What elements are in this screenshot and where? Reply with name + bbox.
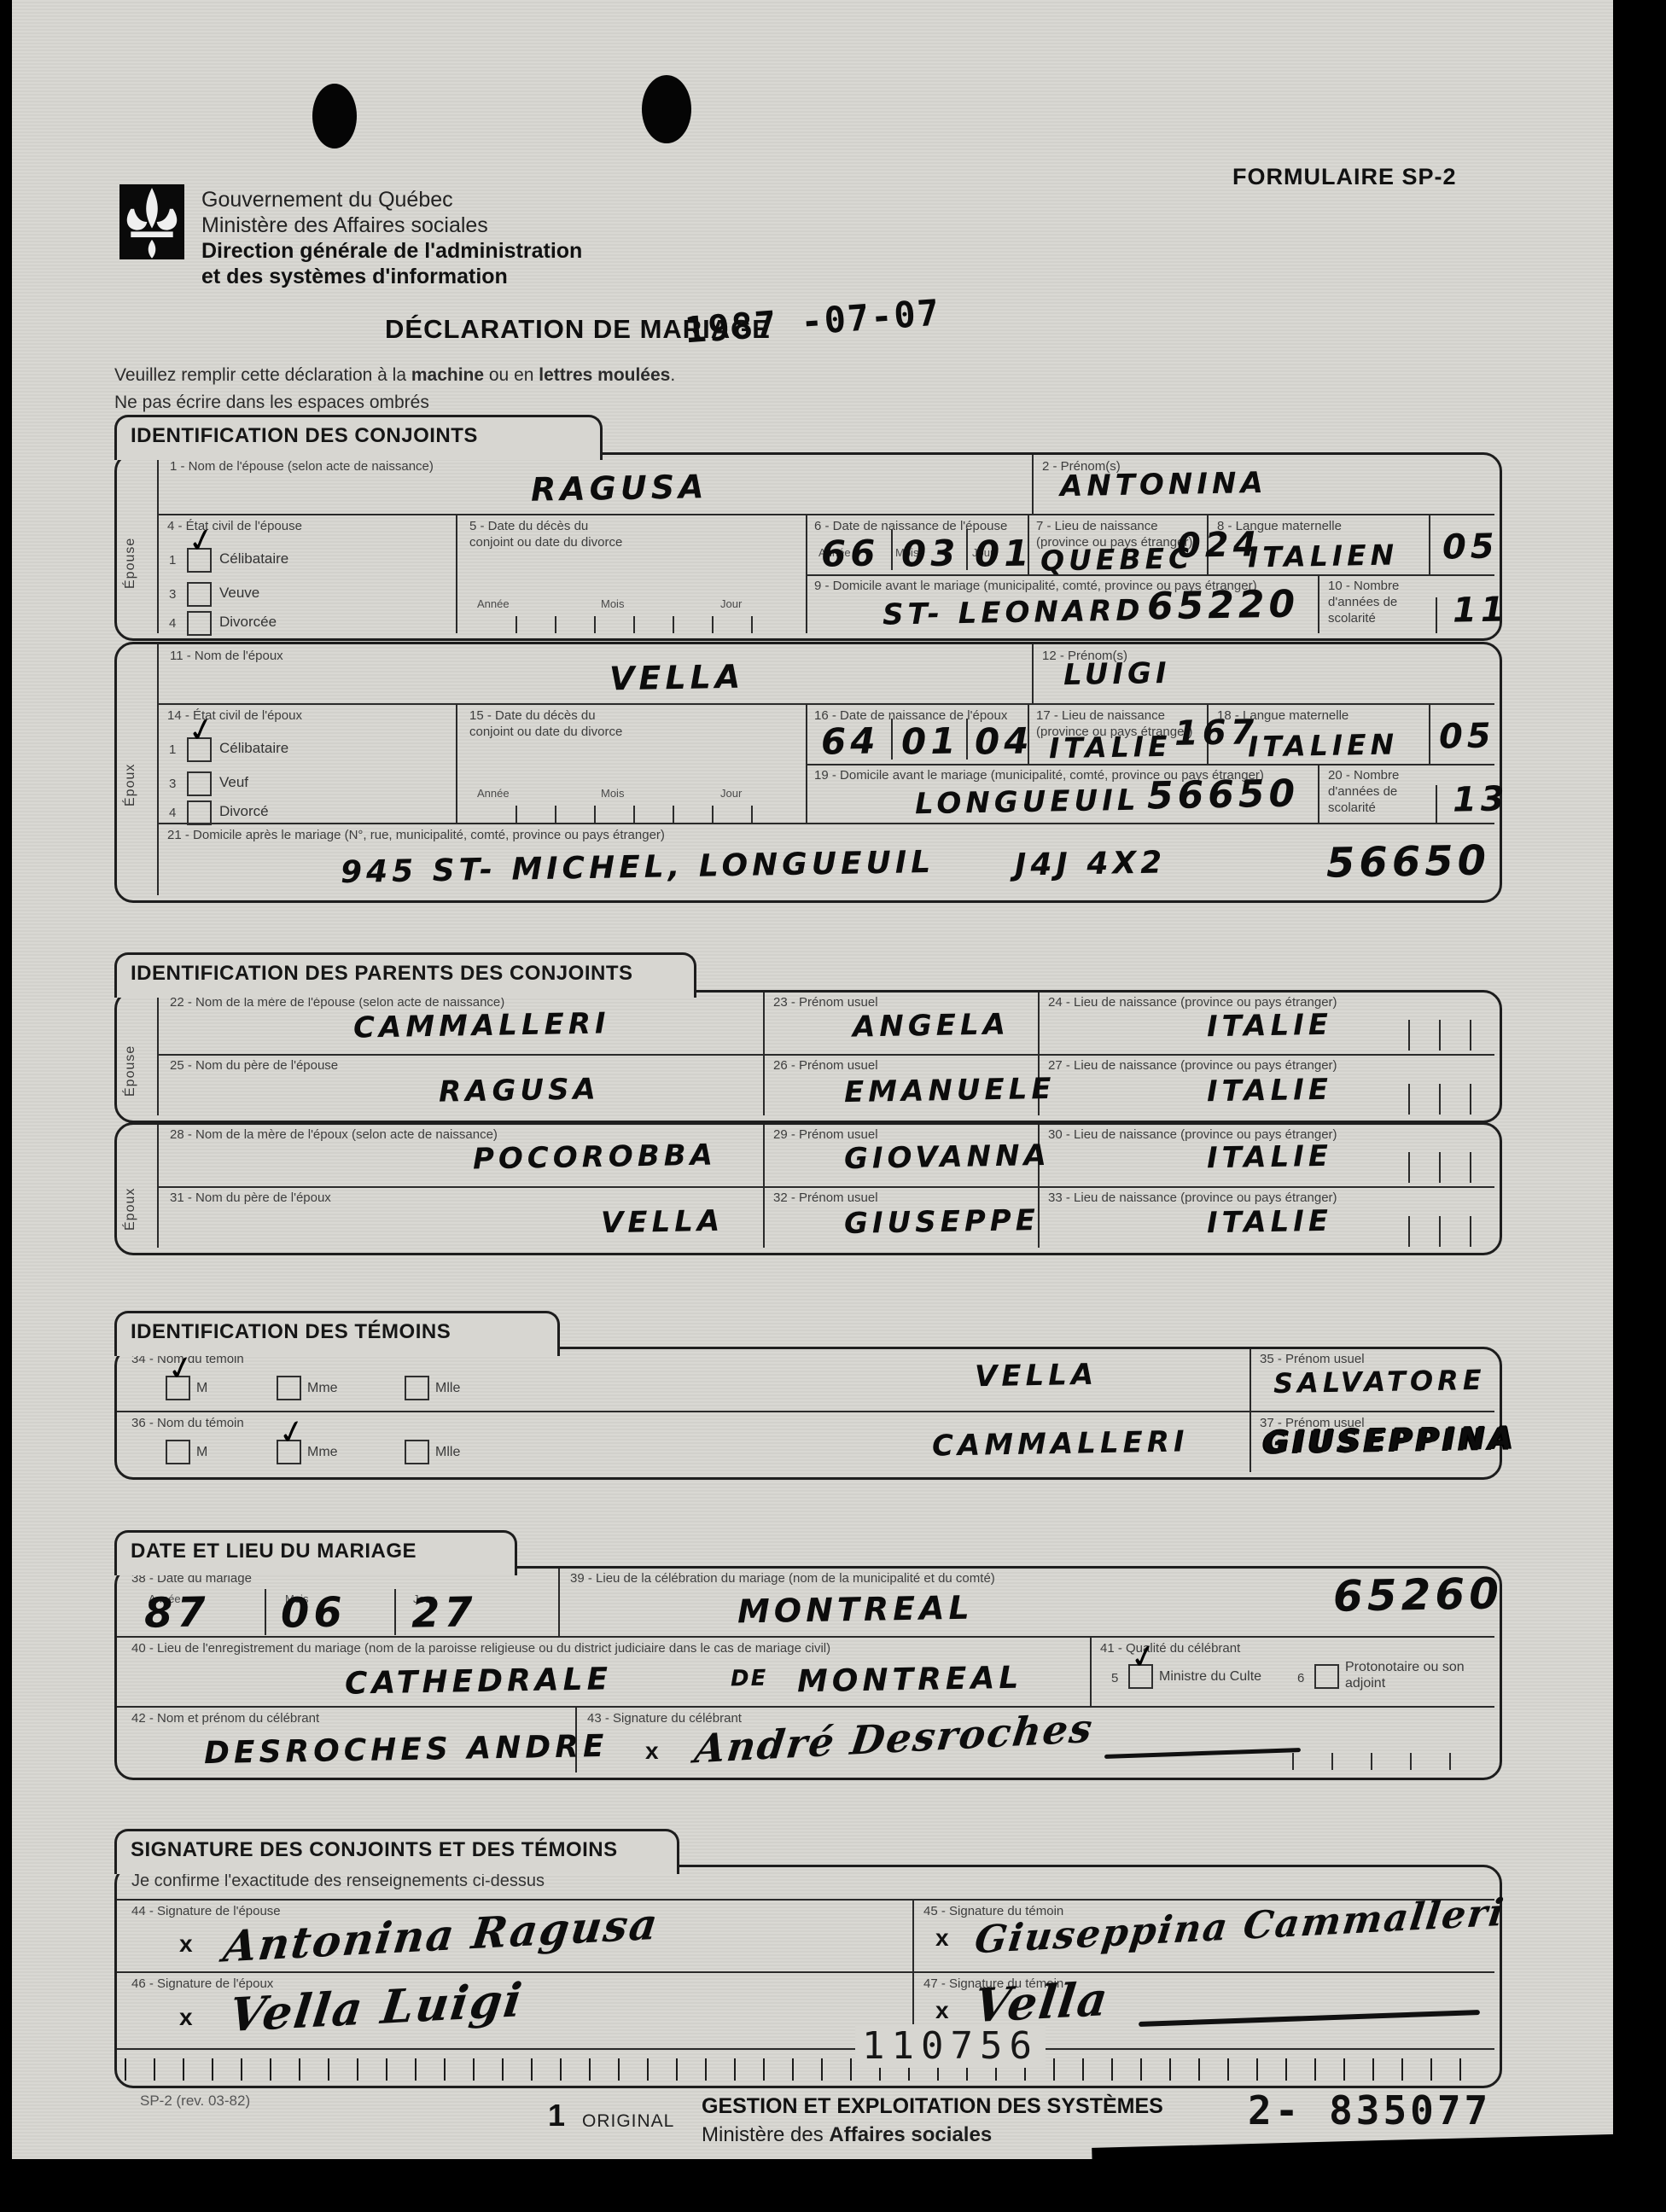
field-28-label: 28 - Nom de la mère de l'époux (selon ac… xyxy=(170,1127,498,1144)
field-20-label: 20 - Nombre d'années de scolarité xyxy=(1328,768,1429,816)
divider xyxy=(763,1125,765,1248)
cb-num: 4 xyxy=(169,806,176,822)
field-9-value: ST- LEONARD xyxy=(883,593,1145,632)
cb-label: Veuf xyxy=(219,774,248,791)
field-23-value: ANGELA xyxy=(853,1007,1011,1044)
cb-label: Protonotaire ou son adjoint xyxy=(1345,1659,1473,1691)
field-2-value: ANTONINA xyxy=(1060,466,1267,504)
divider xyxy=(1439,1084,1441,1115)
signature-x-marker: x xyxy=(179,2004,193,2031)
divider xyxy=(891,529,893,570)
divider xyxy=(157,703,1494,705)
divider xyxy=(1408,1216,1410,1247)
field-26-value: EMANUELE xyxy=(844,1072,1056,1109)
field-17-value: ITALIE xyxy=(1049,730,1172,765)
punch-hole xyxy=(312,84,357,148)
field-26-label: 26 - Prénom usuel xyxy=(773,1058,878,1074)
field-16-month: 01 xyxy=(901,719,960,762)
instr-bold-machine: machine xyxy=(411,365,484,385)
divider xyxy=(1429,703,1430,764)
field-40-value-3: MONTREAL xyxy=(797,1661,1023,1700)
field-21-label: 21 - Domicile après le mariage (N°, rue,… xyxy=(167,828,665,844)
fleur-de-lis-icon xyxy=(119,184,184,259)
divider xyxy=(806,514,807,633)
divider xyxy=(1439,1020,1441,1051)
checkbox-divorce xyxy=(187,800,212,825)
field-40-value-2: DE xyxy=(731,1666,768,1692)
field-35-value: SALVATORE xyxy=(1273,1364,1486,1400)
field-25-value: RAGUSA xyxy=(439,1072,600,1109)
org-line-3: Direction générale de l'administration xyxy=(201,239,582,264)
divider xyxy=(1318,574,1319,633)
field-34-value: VELLA xyxy=(975,1358,1098,1394)
cb-num: 5 xyxy=(1111,1671,1118,1687)
field-20-value: 13 xyxy=(1453,779,1509,819)
cb-label: Ministre du Culte xyxy=(1159,1669,1261,1685)
field-31-value: VELLA xyxy=(601,1204,725,1241)
signature-x-marker: x xyxy=(179,1930,193,1958)
field-30-value: ITALIE xyxy=(1207,1139,1333,1176)
field-18-value: ITALIEN xyxy=(1248,727,1399,763)
field-38-month: 06 xyxy=(281,1588,347,1637)
field-12-value: LUIGI xyxy=(1063,656,1171,692)
checkbox-veuf xyxy=(187,771,212,796)
serial-number: 110756 xyxy=(855,2024,1046,2068)
divider xyxy=(1470,1084,1471,1115)
field-6-year: 66 xyxy=(821,532,880,574)
divider xyxy=(117,1706,1494,1708)
section-title: IDENTIFICATION DES CONJOINTS xyxy=(131,424,478,447)
field-44-label: 44 - Signature de l'épouse xyxy=(131,1904,281,1920)
divider xyxy=(265,1589,266,1635)
divider xyxy=(806,703,807,823)
field-39-value: MONTREAL xyxy=(737,1589,974,1631)
side-label-epouse: Épouse xyxy=(123,1011,138,1097)
field-7-value: QUEBEC xyxy=(1040,541,1194,577)
field-25-label: 25 - Nom du père de l'épouse xyxy=(170,1058,338,1074)
checkbox-mlle-temoin2 xyxy=(405,1440,429,1464)
dept-bold: Affaires sociales xyxy=(829,2123,992,2146)
cb-num: 3 xyxy=(169,777,176,793)
checkbox-divorcee xyxy=(187,611,212,636)
section-title: IDENTIFICATION DES PARENTS DES CONJOINTS xyxy=(131,962,633,985)
form-reference: FORMULAIRE SP-2 xyxy=(1232,164,1457,190)
divider xyxy=(157,1054,1494,1056)
field-40-label: 40 - Lieu de l'enregistrement du mariage… xyxy=(131,1641,1070,1657)
signature-x-marker: x xyxy=(935,1997,949,2024)
checkbox-m-temoin2 xyxy=(166,1440,190,1464)
divider xyxy=(1032,455,1034,514)
cb-label: Divorcé xyxy=(219,803,269,820)
checkbox-protonotaire xyxy=(1314,1664,1339,1689)
cb-label: Célibataire xyxy=(219,550,288,568)
divider xyxy=(456,514,457,633)
divider xyxy=(1470,1216,1471,1247)
divider xyxy=(966,529,968,570)
cb-label: Mme xyxy=(307,1445,338,1460)
divider xyxy=(117,1899,1494,1901)
field-10-label: 10 - Nombre d'années de scolarité xyxy=(1328,579,1429,626)
confirmation-statement: Je confirme l'exactitude des renseigneme… xyxy=(131,1871,545,1891)
copy-label: ORIGINAL xyxy=(582,2111,674,2132)
field-28-value: POCOROBBA xyxy=(473,1138,718,1177)
cb-num: 1 xyxy=(169,742,176,759)
divider xyxy=(157,455,159,633)
section-title: DATE ET LIEU DU MARIAGE xyxy=(131,1540,416,1563)
col-jour: Jour xyxy=(720,597,742,610)
side-label-epouse: Épouse xyxy=(123,504,138,589)
field-9-code: 65220 xyxy=(1147,582,1300,628)
cb-num: 4 xyxy=(169,616,176,632)
dept-text: Ministère des xyxy=(702,2123,829,2146)
divider xyxy=(1032,644,1034,703)
instruction-line-1: Veuillez remplir cette déclaration à la … xyxy=(114,365,675,386)
col-mois: Mois xyxy=(601,787,624,800)
divider xyxy=(1249,1349,1251,1472)
divider xyxy=(117,1971,1494,1973)
field-31-label: 31 - Nom du père de l'époux xyxy=(170,1190,331,1207)
signature-x-marker: x xyxy=(935,1924,949,1952)
field-37-value: GIUSEPPINA xyxy=(1263,1421,1517,1460)
checkbox-mme-temoin1 xyxy=(277,1376,301,1400)
instruction-line-2: Ne pas écrire dans les espaces ombrés xyxy=(114,393,429,413)
divider xyxy=(1408,1084,1410,1115)
col-mois: Mois xyxy=(601,597,624,610)
divider xyxy=(891,719,893,760)
divider xyxy=(1439,1216,1441,1247)
field-39-code: 65260 xyxy=(1333,1569,1504,1621)
punch-hole xyxy=(642,75,691,143)
side-label-epoux: Époux xyxy=(123,1145,138,1231)
field-19-value: LONGUEUIL xyxy=(915,783,1140,822)
scanned-marriage-declaration: FORMULAIRE SP-2 Gouvernement du Québec M… xyxy=(0,0,1666,2212)
field-15-label: 15 - Date du décès du conjoint ou date d… xyxy=(469,708,632,741)
field-36-value: CAMMALLERI xyxy=(932,1424,1189,1463)
field-27-value: ITALIE xyxy=(1207,1073,1333,1109)
cb-label: Mme xyxy=(307,1381,338,1396)
cb-num: 1 xyxy=(169,553,176,569)
divider xyxy=(1470,1020,1471,1051)
field-21-postal: J4J 4X2 xyxy=(1015,845,1167,882)
cb-label: Mlle xyxy=(435,1445,460,1460)
field-6-month: 03 xyxy=(901,532,960,574)
side-label-epoux: Époux xyxy=(123,721,138,806)
section-tab-mariage: DATE ET LIEU DU MARIAGE xyxy=(114,1530,517,1575)
divider xyxy=(966,719,968,760)
field-6-day: 01 xyxy=(975,532,1034,574)
field-39-label: 39 - Lieu de la célébration du mariage (… xyxy=(570,1571,995,1587)
instr-text: ou en xyxy=(484,365,539,385)
divider xyxy=(1436,597,1437,633)
divider xyxy=(117,1411,1494,1412)
divider xyxy=(1436,785,1437,823)
divider xyxy=(1470,1152,1471,1183)
field-8-label: 8 - Langue maternelle xyxy=(1217,519,1342,535)
field-16-year: 64 xyxy=(821,719,880,762)
field-27-label: 27 - Lieu de naissance (province ou pays… xyxy=(1048,1058,1337,1074)
field-1-label: 1 - Nom de l'épouse (selon acte de naiss… xyxy=(170,459,434,475)
section-tab-conjoints: IDENTIFICATION DES CONJOINTS xyxy=(114,415,603,460)
checkbox-veuve xyxy=(187,582,212,607)
instr-text: Veuillez remplir cette déclaration à la xyxy=(114,365,411,385)
field-16-day: 04 xyxy=(975,719,1034,762)
cb-label: Divorcée xyxy=(219,614,277,631)
field-19-code: 56650 xyxy=(1147,771,1300,818)
field-11-value: VELLA xyxy=(609,658,745,698)
form-revision: SP-2 (rev. 03-82) xyxy=(140,2093,250,2110)
divider xyxy=(1090,1636,1092,1706)
field-38-year: 87 xyxy=(144,1588,211,1637)
department-line-1: GESTION ET EXPLOITATION DES SYSTÈMES xyxy=(702,2094,1163,2119)
field-21-code: 56650 xyxy=(1326,836,1491,887)
field-11-label: 11 - Nom de l'époux xyxy=(170,649,283,665)
divider xyxy=(1408,1020,1410,1051)
divider xyxy=(1429,514,1430,574)
field-40-value-1: CATHEDRALE xyxy=(345,1662,613,1701)
col-annee: Année xyxy=(477,597,510,610)
section-tab-parents: IDENTIFICATION DES PARENTS DES CONJOINTS xyxy=(114,952,696,998)
field-36-label: 36 - Nom du témoin xyxy=(131,1416,244,1432)
divider xyxy=(763,992,765,1115)
stamp-date: 1987 -07-07 xyxy=(684,292,942,352)
cb-label: Célibataire xyxy=(219,740,288,757)
field-41-label: 41 - Qualité du célébrant xyxy=(1100,1641,1240,1657)
section-title: IDENTIFICATION DES TÉMOINS xyxy=(131,1320,451,1343)
section-title: SIGNATURE DES CONJOINTS ET DES TÉMOINS xyxy=(131,1838,618,1861)
org-line-2: Ministère des Affaires sociales xyxy=(201,213,488,238)
field-32-label: 32 - Prénom usuel xyxy=(773,1190,878,1207)
section-tab-temoins: IDENTIFICATION DES TÉMOINS xyxy=(114,1311,560,1356)
divider xyxy=(394,1589,396,1635)
cb-num: 6 xyxy=(1297,1671,1304,1687)
org-line-4: et des systèmes d'information xyxy=(201,265,508,289)
field-38-day: 27 xyxy=(411,1588,478,1637)
divider xyxy=(558,1569,560,1636)
field-5-label: 5 - Date du décès du conjoint ou date du… xyxy=(469,519,632,551)
org-line-1: Gouvernement du Québec xyxy=(201,188,453,212)
quebec-logo xyxy=(119,184,184,259)
divider xyxy=(1408,1152,1410,1183)
copy-number: 1 xyxy=(548,2098,565,2133)
field-24-value: ITALIE xyxy=(1207,1008,1333,1045)
cb-label: Mlle xyxy=(435,1381,460,1396)
divider xyxy=(157,823,1494,824)
field-10-value: 11 xyxy=(1453,590,1509,630)
date-ticks xyxy=(516,806,763,823)
col-annee: Année xyxy=(477,787,510,800)
divider xyxy=(157,644,159,895)
checkbox-mlle-temoin1 xyxy=(405,1376,429,1400)
scan-edge xyxy=(0,2161,1666,2212)
field-29-value: GIOVANNA xyxy=(844,1138,1051,1176)
paper-sheet: FORMULAIRE SP-2 Gouvernement du Québec M… xyxy=(12,0,1613,2159)
cb-label: M xyxy=(196,1445,207,1460)
divider xyxy=(157,514,1494,515)
field-1-value: RAGUSA xyxy=(531,468,708,509)
field-23-label: 23 - Prénom usuel xyxy=(773,995,878,1011)
divider xyxy=(157,1186,1494,1188)
divider xyxy=(456,703,457,823)
field-32-value: GIUSEPPE xyxy=(844,1203,1040,1241)
cb-label: Veuve xyxy=(219,585,259,602)
department-line-2: Ministère des Affaires sociales xyxy=(702,2123,992,2147)
field-18-label: 18 - Langue maternelle xyxy=(1217,708,1349,725)
field-8-code: 05 xyxy=(1442,527,1499,567)
divider xyxy=(1318,764,1319,823)
field-42-label: 42 - Nom et prénom du célébrant xyxy=(131,1711,319,1727)
field-22-value: CAMMALLERI xyxy=(353,1006,610,1045)
divider xyxy=(117,2048,1494,2050)
field-8-value: ITALIEN xyxy=(1248,538,1399,573)
field-33-value: ITALIE xyxy=(1207,1204,1333,1241)
document-number: 2- 835077 xyxy=(1248,2087,1491,2133)
cb-num: 3 xyxy=(169,587,176,603)
signature-x-marker: x xyxy=(645,1738,659,1765)
section-tab-signatures: SIGNATURE DES CONJOINTS ET DES TÉMOINS xyxy=(114,1829,679,1874)
instr-bold-lettres: lettres moulées xyxy=(539,365,670,385)
divider xyxy=(806,764,1494,765)
ruler-ticks xyxy=(1292,1753,1480,1770)
divider xyxy=(1439,1152,1441,1183)
date-ticks xyxy=(516,616,763,633)
field-18-code: 05 xyxy=(1439,716,1495,756)
ruler-ticks xyxy=(125,2058,1487,2081)
instr-text: . xyxy=(670,365,675,385)
col-jour: Jour xyxy=(720,787,742,800)
field-42-value: DESROCHES ANDRE xyxy=(204,1729,609,1771)
